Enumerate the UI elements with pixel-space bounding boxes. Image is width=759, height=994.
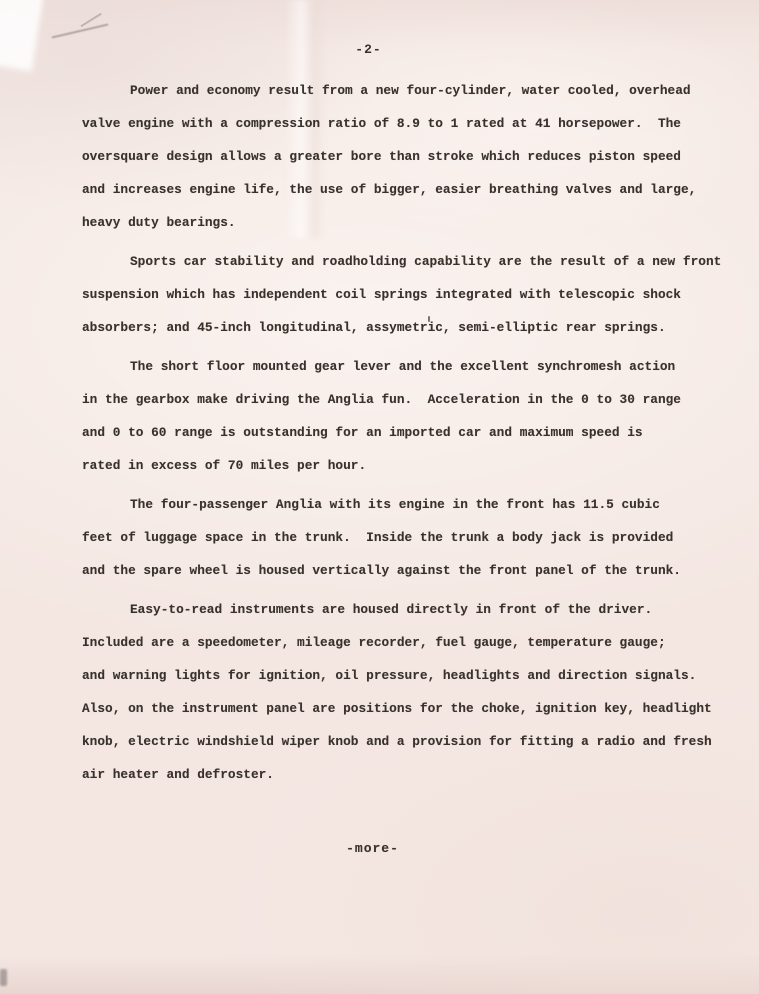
text-line: rated in excess of 70 miles per hour. xyxy=(82,449,746,482)
text-line: Easy-to-read instruments are housed dire… xyxy=(82,593,746,626)
paragraph: The short floor mounted gear lever and t… xyxy=(82,350,746,482)
text-line: suspension which has independent coil sp… xyxy=(82,278,746,311)
text-line: Included are a speedometer, mileage reco… xyxy=(82,626,746,659)
text-line: The four-passenger Anglia with its engin… xyxy=(82,488,746,521)
paper-edge-smudge xyxy=(0,969,7,986)
paragraph: Sports car stability and roadholding cap… xyxy=(82,245,746,344)
text-line: heavy duty bearings. xyxy=(82,206,746,239)
text-line: absorbers; and 45-inch longitudinal, ass… xyxy=(82,311,746,344)
document-page: -2- Power and economy result from a new … xyxy=(0,0,759,994)
text-line: and 0 to 60 range is outstanding for an … xyxy=(82,416,746,449)
text-line: and increases engine life, the use of bi… xyxy=(82,173,746,206)
text-line: The short floor mounted gear lever and t… xyxy=(82,350,746,383)
text-line: oversquare design allows a greater bore … xyxy=(82,140,746,173)
text-line: knob, electric windshield wiper knob and… xyxy=(82,725,746,758)
document-body: Power and economy result from a new four… xyxy=(82,74,746,797)
paragraph: Power and economy result from a new four… xyxy=(82,74,746,239)
text-line: and the spare wheel is housed vertically… xyxy=(82,554,746,587)
text-line: valve engine with a compression ratio of… xyxy=(82,107,746,140)
torn-paper-corner xyxy=(0,0,44,71)
text-line: Also, on the instrument panel are positi… xyxy=(82,692,746,725)
more-continuation-marker: -more- xyxy=(0,841,745,856)
page-number: -2- xyxy=(0,42,737,57)
text-line: Sports car stability and roadholding cap… xyxy=(82,245,746,278)
text-line: feet of luggage space in the trunk. Insi… xyxy=(82,521,746,554)
text-line: and warning lights for ignition, oil pre… xyxy=(82,659,746,692)
paragraph: Easy-to-read instruments are housed dire… xyxy=(82,593,746,791)
text-line: Power and economy result from a new four… xyxy=(82,74,746,107)
text-line: air heater and defroster. xyxy=(82,758,746,791)
paragraph: The four-passenger Anglia with its engin… xyxy=(82,488,746,587)
text-line: in the gearbox make driving the Anglia f… xyxy=(82,383,746,416)
